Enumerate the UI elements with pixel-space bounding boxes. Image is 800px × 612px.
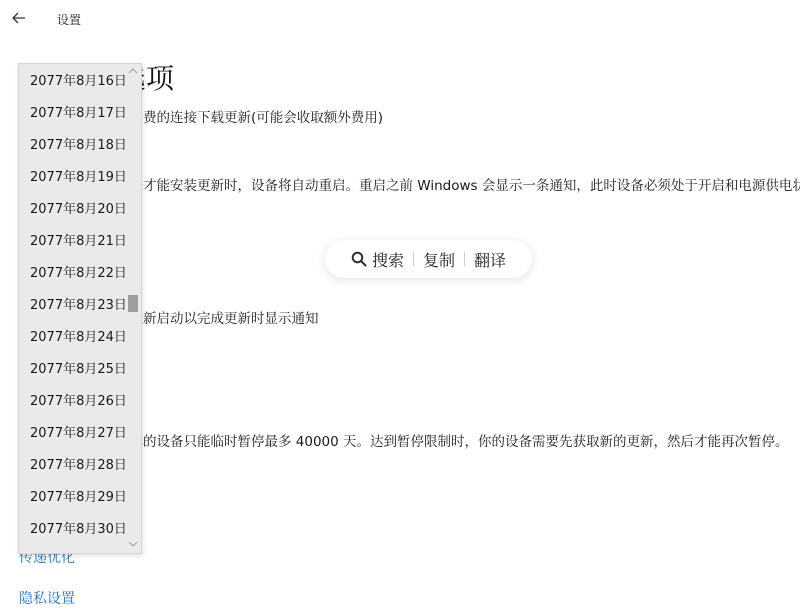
- search-icon: [351, 251, 367, 267]
- date-option[interactable]: 2077年8月30日: [19, 514, 127, 546]
- date-option[interactable]: 2077年8月27日: [19, 418, 127, 450]
- auto-restart-description: 需要重启设备才能安装更新时，设备将自动重启。重启之前 Windows 会显示一条…: [62, 174, 800, 194]
- chevron-up-icon[interactable]: [128, 67, 138, 77]
- search-label: 搜索: [372, 248, 404, 271]
- search-button[interactable]: 搜索: [342, 248, 413, 271]
- date-option[interactable]: 2077年8月29日: [19, 482, 127, 514]
- date-option[interactable]: 2077年8月18日: [19, 130, 127, 162]
- date-option[interactable]: 2077年8月21日: [19, 226, 127, 258]
- date-option[interactable]: 2077年8月20日: [19, 194, 127, 226]
- date-option[interactable]: 2077年8月26日: [19, 386, 127, 418]
- date-option[interactable]: 2077年8月19日: [19, 162, 127, 194]
- copy-button[interactable]: 复制: [414, 248, 464, 271]
- date-option[interactable]: 2077年8月22日: [19, 258, 127, 290]
- date-dropdown-list[interactable]: 2077年8月16日 2077年8月17日 2077年8月18日 2077年8月…: [18, 63, 142, 554]
- privacy-settings-link[interactable]: 隐私设置: [19, 588, 75, 608]
- chevron-down-icon[interactable]: [128, 540, 138, 550]
- date-option[interactable]: 2077年8月23日: [19, 290, 127, 322]
- pause-updates-description: 暂停更新。你的设备只能临时暂停最多 40000 天。达到暂停限制时，你的设备需要…: [62, 430, 789, 450]
- arrow-left-icon: [9, 8, 29, 28]
- date-option[interactable]: 2077年8月16日: [19, 66, 127, 98]
- text-selection-menu: 搜索 复制 翻译: [325, 240, 532, 278]
- translate-button[interactable]: 翻译: [465, 248, 515, 271]
- date-option[interactable]: 2077年8月17日: [19, 98, 127, 130]
- date-option[interactable]: 2077年8月28日: [19, 450, 127, 482]
- copy-label: 复制: [423, 248, 455, 271]
- date-option[interactable]: 2077年8月24日: [19, 322, 127, 354]
- back-button[interactable]: [9, 8, 29, 28]
- translate-label: 翻译: [474, 248, 506, 271]
- app-title: 设置: [57, 11, 81, 28]
- date-option[interactable]: 2077年8月25日: [19, 354, 127, 386]
- scrollbar-thumb[interactable]: [128, 295, 138, 312]
